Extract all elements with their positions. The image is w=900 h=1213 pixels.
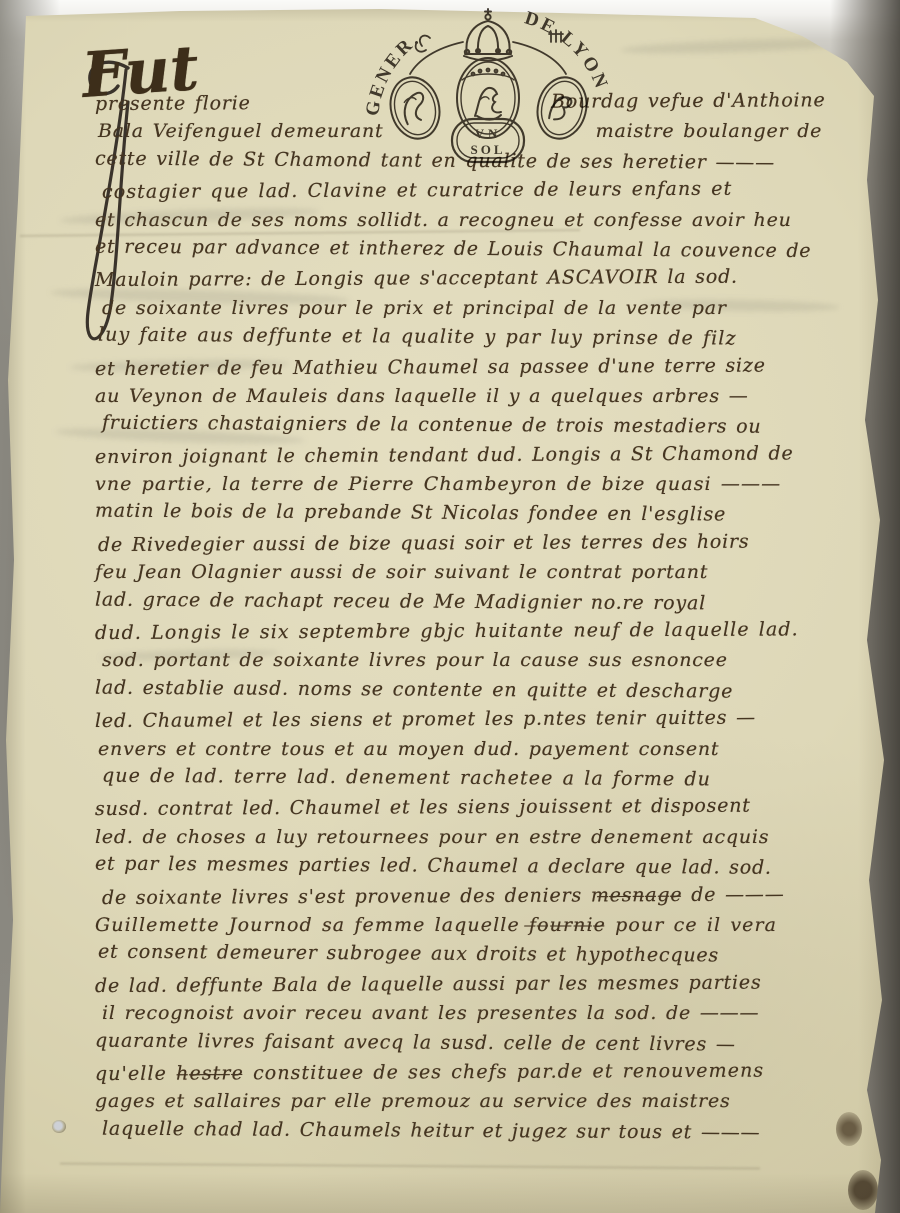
manuscript-line: au Veynon de Mauleis dans laquelle il y …	[95, 382, 875, 411]
manuscript-line: gages et sallaires par elle premouz au s…	[95, 1087, 875, 1116]
stamp-value-line1: VN	[475, 126, 502, 141]
griffin-medallion	[531, 72, 593, 144]
manuscript-line: environ joignant le chemin tendant dud. …	[95, 439, 875, 472]
paper-crease	[60, 1163, 760, 1170]
stamp-value-line2: SOL	[470, 142, 505, 157]
paper-hole	[52, 1120, 66, 1133]
manuscript-line: luy faite aus deffunte et la qualite y p…	[95, 321, 875, 355]
manuscript-line: dud. Longis le six septembre gbjc huitan…	[95, 615, 875, 648]
crown-icon	[464, 9, 512, 61]
stamp-arc-left-text: GENER.	[366, 28, 425, 118]
manuscript-line: de Rivedegier aussi de bize quasi soir e…	[95, 527, 875, 560]
garland-ornament	[410, 30, 566, 74]
manuscript-line: Mauloin parre: de Longis que s'acceptant…	[95, 262, 875, 295]
manuscript-line: vne partie, la terre de Pierre Chambeyro…	[95, 470, 875, 499]
manuscript-line: feu Jean Olagnier aussi de soir suivant …	[95, 558, 875, 587]
manuscript-line: de lad. deffunte Bala de laquelle aussi …	[95, 968, 875, 1001]
manuscript-line: de soixante livres s'est provenue des de…	[95, 880, 875, 913]
svg-text:GENER.: GENER.	[366, 28, 425, 118]
manuscript-line: sod. portant de soixante livres pour la …	[95, 646, 875, 675]
manuscript-line: lad. grace de rachapt receu de Me Madign…	[95, 585, 875, 619]
manuscript-line: de soixante livres pour le prix et princ…	[95, 294, 875, 323]
manuscript-line: quarante livres faisant avecq la susd. c…	[95, 1026, 875, 1060]
manuscript-line: et chascun de ses noms sollidt. a recogn…	[95, 206, 875, 235]
manuscript-line: qu'elle h̶e̶s̶t̶r̶e̶ constituee de ses c…	[95, 1056, 875, 1089]
manuscript-line: led. Chaumel et les siens et promet les …	[95, 703, 875, 736]
manuscript-line: susd. contrat led. Chaumel et les siens …	[95, 791, 875, 824]
manuscript-line: fruictiers chastaigniers de la contenue …	[95, 409, 875, 443]
tax-stamp: GENER. DE LYON	[366, 8, 614, 166]
manuscript-line: et heretier de feu Mathieu Chaumel sa pa…	[95, 350, 875, 383]
manuscript-line: et par les mesmes parties led. Chaumel a…	[95, 850, 875, 884]
stain	[848, 1170, 878, 1210]
stamp-value-cartouche: VN SOL	[452, 119, 524, 162]
manuscript-line: il recognoist avoir receu avant les pres…	[95, 999, 875, 1028]
manuscript-line: Guillemette Journod sa femme laquelle f̶…	[95, 911, 875, 940]
dolphin-medallion	[384, 72, 446, 144]
manuscript-line: et consent demeurer subrogee aux droits …	[95, 938, 875, 972]
manuscript-line: led. de choses a luy retournees pour en …	[95, 823, 875, 852]
manuscript-lines: presente florie Bourdag vefue d'Anthoine…	[95, 88, 875, 1146]
manuscript-line: laquelle chad lad. Chaumels heitur et ju…	[95, 1114, 875, 1148]
manuscript-line: matin le bois de la prebande St Nicolas …	[95, 497, 875, 531]
manuscript-line: costagier que lad. Clavine et curatrice …	[95, 174, 875, 207]
manuscript-line: envers et contre tous et au moyen dud. p…	[95, 735, 875, 764]
manuscript-line: lad. establie ausd. noms se contente en …	[95, 673, 875, 707]
